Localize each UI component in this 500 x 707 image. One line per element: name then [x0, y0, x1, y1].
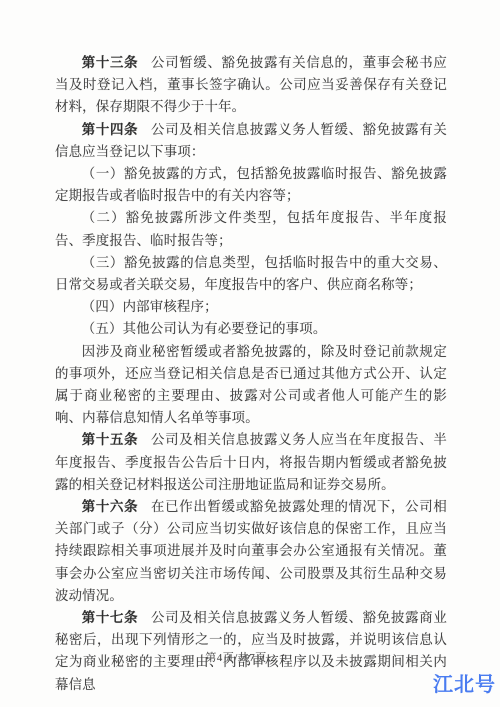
paragraph-text: 在已作出暂缓或豁免披露处理的情况下，公司相关部门或子（分）公司应当切实做好该信息…	[55, 499, 447, 603]
paragraph: （五）其他公司认为有必要登记的事项。	[55, 318, 447, 340]
paragraph: （四）内部审核程序；	[55, 296, 447, 318]
paragraph-text: （三）豁免披露的信息类型，包括临时报告中的重大交易、日常交易或者关联交易，年度报…	[55, 255, 447, 292]
watermark: 江北号	[433, 671, 496, 699]
paragraph: （二）豁免披露所涉文件类型，包括年度报告、半年度报告、季度报告、临时报告等；	[55, 207, 447, 251]
article-number: 第十六条	[82, 499, 138, 514]
paragraph-text: 因涉及商业秘密暂缓或者豁免披露的，除及时登记前款规定的事项外，还应当登记相关信息…	[55, 344, 447, 426]
paragraph-text: （四）内部审核程序；	[82, 299, 218, 314]
paragraph: 因涉及商业秘密暂缓或者豁免披露的，除及时登记前款规定的事项外，还应当登记相关信息…	[55, 341, 447, 430]
article-number: 第十七条	[82, 610, 138, 625]
paragraph: （一）豁免披露的方式，包括豁免披露临时报告、豁免披露定期报告或者临时报告中的有关…	[55, 163, 447, 207]
paragraph: 第十六条在已作出暂缓或豁免披露处理的情况下，公司相关部门或子（分）公司应当切实做…	[55, 496, 447, 607]
paragraph: 第十五条公司及相关信息披露义务人应当在年度报告、半年度报告、季度报告公告后十日内…	[55, 429, 447, 496]
paragraph-text: （二）豁免披露所涉文件类型，包括年度报告、半年度报告、季度报告、临时报告等；	[55, 210, 447, 247]
article-number: 第十四条	[82, 122, 138, 137]
article-number: 第十五条	[82, 432, 138, 447]
paragraph: 第十四条公司及相关信息披露义务人暂缓、豁免披露有关信息应当登记以下事项：	[55, 119, 447, 163]
document-body: 第十三条公司暂缓、豁免披露有关信息的，董事会秘书应当及时登记入档，董事长签字确认…	[55, 52, 447, 696]
paragraph: （三）豁免披露的信息类型，包括临时报告中的重大交易、日常交易或者关联交易，年度报…	[55, 252, 447, 296]
paragraph-text: （五）其他公司认为有必要登记的事项。	[82, 321, 327, 336]
document-page: 第十三条公司暂缓、豁免披露有关信息的，董事会秘书应当及时登记入档，董事长签字确认…	[0, 0, 500, 707]
page-number: 第4页/共7页	[0, 650, 472, 666]
paragraph-text: （一）豁免披露的方式，包括豁免披露临时报告、豁免披露定期报告或者临时报告中的有关…	[55, 166, 447, 203]
paragraph: 第十三条公司暂缓、豁免披露有关信息的，董事会秘书应当及时登记入档，董事长签字确认…	[55, 52, 447, 119]
article-number: 第十三条	[82, 55, 138, 70]
